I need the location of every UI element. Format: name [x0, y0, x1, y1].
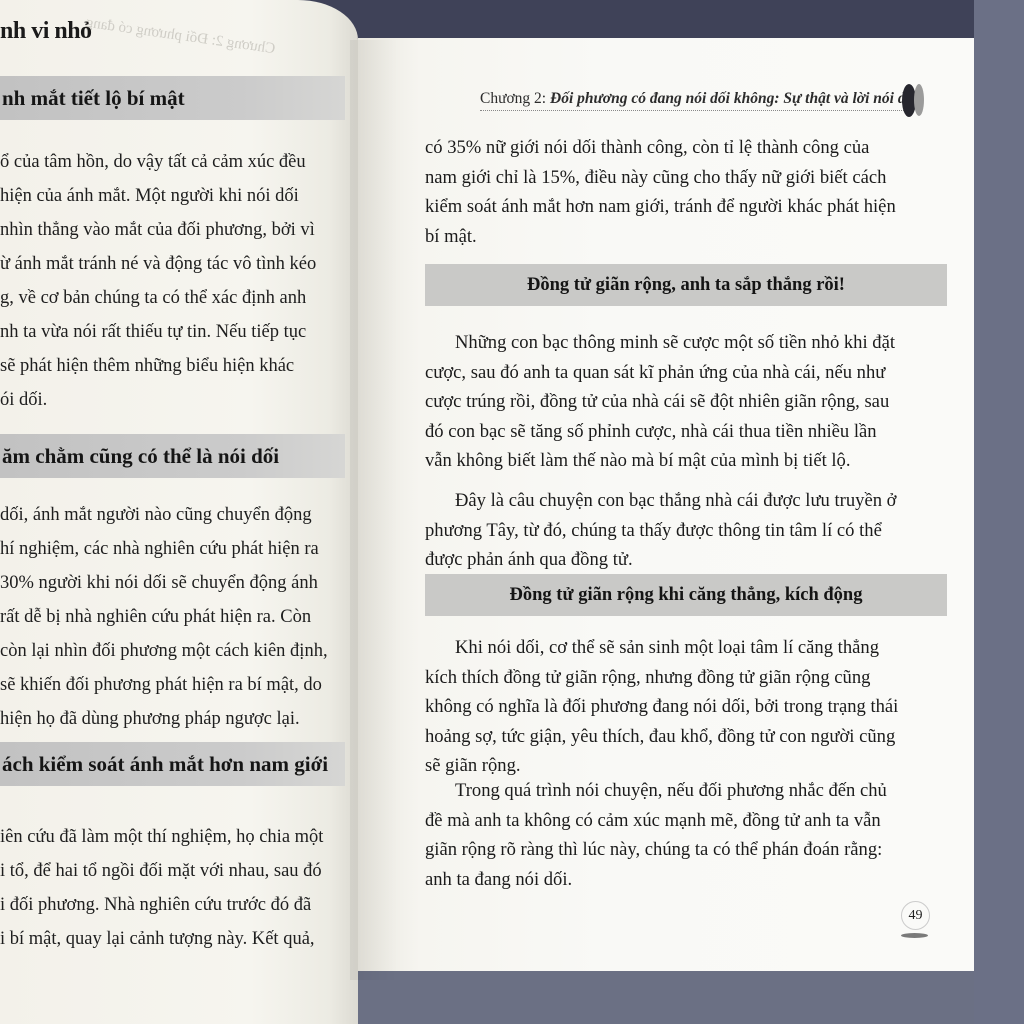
text-line: rất dễ bị nhà nghiên cứu phát hiện ra. C…: [0, 600, 355, 634]
section-heading: Đồng tử giãn rộng, anh ta sắp thắng rồi!: [425, 264, 947, 306]
text-line: cược trúng rồi, đồng tử của nhà cái sẽ đ…: [425, 387, 945, 417]
text-line: Khi nói dối, cơ thể sẽ sản sinh một loại…: [425, 633, 945, 663]
section-body: iên cứu đã làm một thí nghiệm, họ chia m…: [0, 820, 355, 956]
chapter-title: Đối phương có đang nói dối không: Sự thậ…: [550, 90, 918, 107]
text-line: hoảng sợ, tức giận, yêu thích, đau khổ, …: [425, 722, 945, 752]
section-heading: nh mắt tiết lộ bí mật: [0, 76, 345, 120]
text-line: ổ của tâm hồn, do vậy tất cả cảm xúc đều: [0, 145, 355, 179]
text-line: Những con bạc thông minh sẽ cược một số …: [425, 328, 945, 358]
paragraph: Những con bạc thông minh sẽ cược một số …: [425, 328, 945, 476]
chapter-number: Chương 2:: [480, 90, 550, 107]
section-heading-text: ăm chằm cũng có thể là nói dối: [0, 444, 279, 469]
chapter-header: Chương 2: Đối phương có đang nói dối khô…: [480, 90, 906, 111]
paragraph: Khi nói dối, cơ thể sẽ sản sinh một loại…: [425, 633, 945, 781]
section-heading-text: Đồng tử giãn rộng, anh ta sắp thắng rồi!: [527, 275, 845, 296]
text-line: ừ ánh mắt tránh né và động tác vô tình k…: [0, 247, 355, 281]
paragraph: Trong quá trình nói chuyện, nếu đối phươ…: [425, 776, 945, 894]
text-line: Đây là câu chuyện con bạc thắng nhà cái …: [425, 486, 945, 516]
section-heading: Đồng tử giãn rộng khi căng thẳng, kích đ…: [425, 574, 947, 616]
text-line: sẽ khiến đối phương phát hiện ra bí mật,…: [0, 668, 355, 702]
text-line: nh ta vừa nói rất thiếu tự tin. Nếu tiếp…: [0, 315, 355, 349]
page-number-underline: [901, 933, 928, 938]
text-line: anh ta đang nói dối.: [425, 865, 945, 895]
text-line: cược, sau đó anh ta quan sát kĩ phản ứng…: [425, 358, 945, 388]
decorative-dots-icon: [898, 84, 938, 118]
text-line: hiện họ đã dùng phương pháp ngược lại.: [0, 702, 355, 736]
text-line: nhìn thẳng vào mắt của đối phương, bởi v…: [0, 213, 355, 247]
text-line: sẽ phát hiện thêm những biểu hiện khác: [0, 349, 355, 383]
section-heading: ăm chằm cũng có thể là nói dối: [0, 434, 345, 478]
right-page: Chương 2: Đối phương có đang nói dối khô…: [358, 38, 974, 971]
text-line: bí mật.: [425, 222, 945, 252]
paragraph: có 35% nữ giới nói dối thành công, còn t…: [425, 133, 945, 251]
section-heading-text: Đồng tử giãn rộng khi căng thẳng, kích đ…: [510, 585, 863, 606]
text-line: được phản ánh qua đồng tử.: [425, 545, 945, 575]
section-heading: ách kiểm soát ánh mắt hơn nam giới: [0, 742, 345, 786]
page-number: 49: [901, 901, 930, 930]
text-line: đó con bạc sẽ tăng số phỉnh cược, nhà cá…: [425, 417, 945, 447]
left-page: Chương 2: Đối phương có đang nh vi nhỏ n…: [0, 0, 358, 1024]
text-line: hiện của ánh mắt. Một người khi nói dối: [0, 179, 355, 213]
section-body: ổ của tâm hồn, do vậy tất cả cảm xúc đều…: [0, 145, 355, 417]
text-line: kiểm soát ánh mắt hơn nam giới, tránh để…: [425, 192, 945, 222]
text-line: dối, ánh mắt người nào cũng chuyển động: [0, 498, 355, 532]
text-line: i đối phương. Nhà nghiên cứu trước đó đã: [0, 888, 355, 922]
text-line: Trong quá trình nói chuyện, nếu đối phươ…: [425, 776, 945, 806]
paragraph: Đây là câu chuyện con bạc thắng nhà cái …: [425, 486, 945, 575]
text-line: iên cứu đã làm một thí nghiệm, họ chia m…: [0, 820, 355, 854]
book-gutter-shadow: [350, 40, 410, 980]
text-line: giãn rộng rõ ràng thì lúc này, chúng ta …: [425, 835, 945, 865]
text-line: nam giới chỉ là 15%, điều này cũng cho t…: [425, 163, 945, 193]
section-body: dối, ánh mắt người nào cũng chuyển động …: [0, 498, 355, 736]
text-line: i tổ, để hai tổ ngồi đối mặt với nhau, s…: [0, 854, 355, 888]
text-line: có 35% nữ giới nói dối thành công, còn t…: [425, 133, 945, 163]
running-head: nh vi nhỏ: [0, 18, 92, 45]
background-right: [974, 0, 1024, 1024]
text-line: g, về cơ bản chúng ta có thể xác định an…: [0, 281, 355, 315]
text-line: ói dối.: [0, 383, 355, 417]
text-line: đề mà anh ta không có cảm xúc mạnh mẽ, đ…: [425, 806, 945, 836]
bleed-through-header: Chương 2: Đối phương có đang: [85, 15, 276, 58]
text-line: hí nghiệm, các nhà nghiên cứu phát hiện …: [0, 532, 355, 566]
section-heading-text: ách kiểm soát ánh mắt hơn nam giới: [0, 752, 328, 777]
text-line: còn lại nhìn đối phương một cách kiên đị…: [0, 634, 355, 668]
text-line: không có nghĩa là đối phương đang nói dố…: [425, 692, 945, 722]
text-line: vẫn không biết làm thế nào mà bí mật của…: [425, 446, 945, 476]
text-line: kích thích đồng tử giãn rộng, nhưng đồng…: [425, 663, 945, 693]
text-line: phương Tây, từ đó, chúng ta thấy được th…: [425, 516, 945, 546]
text-line: 30% người khi nói dối sẽ chuyển động ánh: [0, 566, 355, 600]
text-line: i bí mật, quay lại cảnh tượng này. Kết q…: [0, 922, 355, 956]
section-heading-text: nh mắt tiết lộ bí mật: [0, 86, 185, 111]
